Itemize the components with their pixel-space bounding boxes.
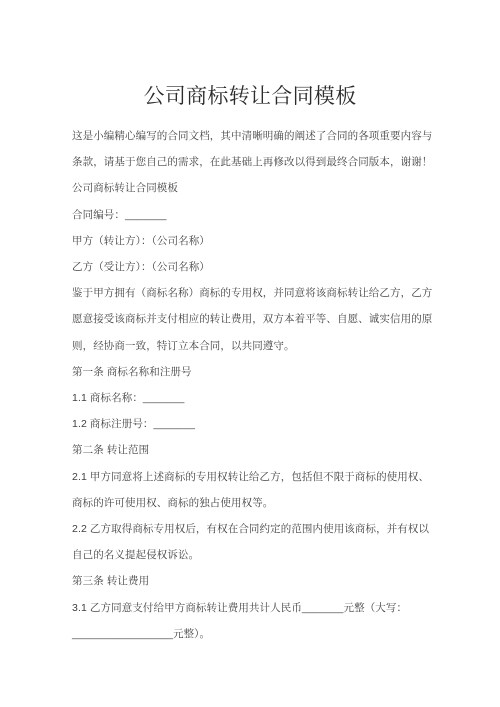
clause-1-2: 1.2 商标注册号：_______ xyxy=(72,418,195,430)
intro-line-1: 这是小编精心编写的合同文档，其中清晰明确的阐述了合同的各项重要内容与 xyxy=(72,130,432,142)
article-1-heading: 第一条 商标名称和注册号 xyxy=(72,366,192,378)
article-3-heading: 第三条 转让费用 xyxy=(72,575,149,587)
clause-3-1-line-2: _________________元整）。 xyxy=(72,628,210,640)
clause-1-1: 1.1 商标名称：_______ xyxy=(72,392,185,404)
clause-2-1-line-1: 2.1 甲方同意将上述商标的专用权转让给乙方，包括但不限于商标的使用权、 xyxy=(72,471,429,483)
document-page: 公司商标转让合同模板 这是小编精心编写的合同文档，其中清晰明确的阐述了合同的各项… xyxy=(0,0,500,707)
document-subtitle: 公司商标转让合同模板 xyxy=(72,182,178,194)
document-title: 公司商标转让合同模板 xyxy=(0,83,500,110)
party-b-line: 乙方（受让方）：（公司名称） xyxy=(72,261,210,273)
preamble-line-3: 则，经协商一致，特订立本合同，以共同遵守。 xyxy=(72,340,295,352)
clause-2-1-line-2: 商标的许可使用权、商标的独占使用权等。 xyxy=(72,497,273,509)
article-2-heading: 第二条 转让范围 xyxy=(72,444,149,456)
clause-2-2-line-1: 2.2 乙方取得商标专用权后，有权在合同约定的范围内使用该商标，并有权以 xyxy=(72,523,429,535)
preamble-line-1: 鉴于甲方拥有（商标名称）商标的专用权，并同意将该商标转让给乙方，乙方 xyxy=(72,287,432,299)
clause-2-2-line-2: 自己的名义提起侵权诉讼。 xyxy=(72,549,199,561)
clause-3-1-line-1: 3.1 乙方同意支付给甲方商标转让费用共计人民币_______元整（大写： xyxy=(72,602,407,614)
contract-number-line: 合同编号：_______ xyxy=(72,209,167,221)
party-a-line: 甲方（转让方）：（公司名称） xyxy=(72,235,210,247)
intro-line-2: 条款，请基于您自己的需求，在此基础上再修改以得到最终合同版本，谢谢！ xyxy=(72,156,432,168)
preamble-line-2: 愿意接受该商标并支付相应的转让费用，双方本着平等、自愿、诚实信用的原 xyxy=(72,313,432,325)
